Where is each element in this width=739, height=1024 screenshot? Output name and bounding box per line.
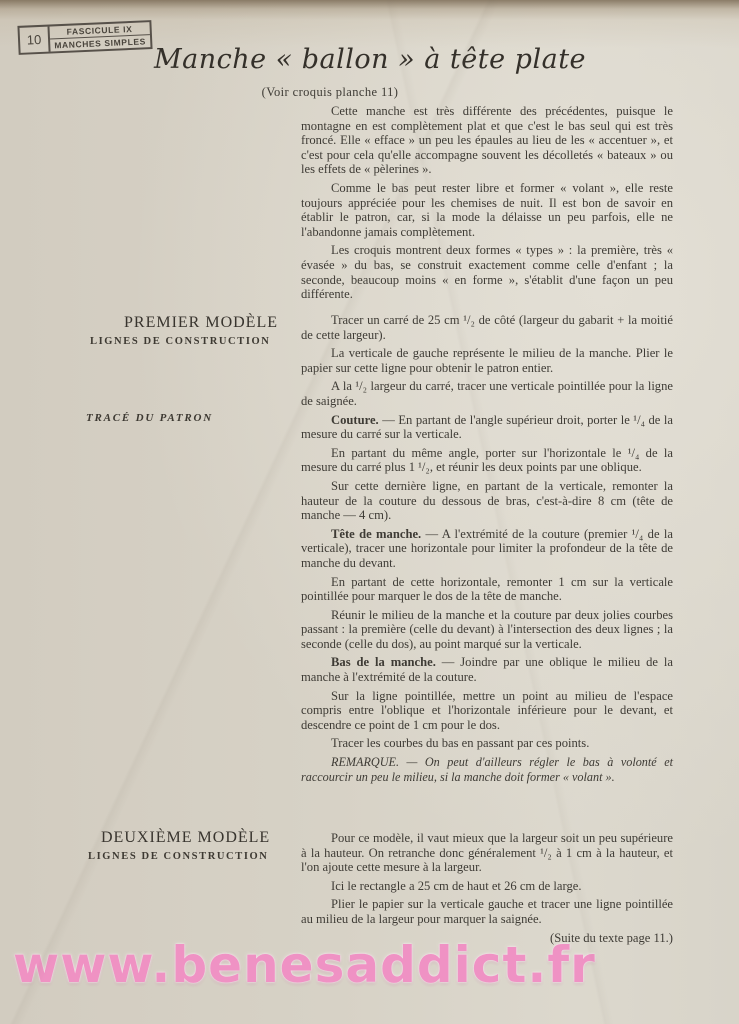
body-paragraph: Sur la ligne pointillée, mettre un point…	[301, 689, 673, 733]
body-paragraph: Tracer les courbes du bas en passant par…	[301, 736, 673, 751]
body-paragraph-couture: Couture. — En partant de l'angle supérie…	[301, 413, 673, 442]
body-paragraph: Tracer un carré de 25 cm ¹/₂ de côté (la…	[301, 313, 673, 342]
page-subtitle: (Voir croquis planche 11)	[150, 85, 510, 100]
body-paragraph: Réunir le milieu de la manche et la cout…	[301, 608, 673, 652]
side-heading-lignes-construction-2: LIGNES DE CONSTRUCTION	[88, 851, 268, 862]
bas-de-la-manche-lead: Bas de la manche.	[331, 655, 436, 669]
intro-paragraph: Comme le bas peut rester libre et former…	[301, 181, 673, 239]
side-heading-lignes-construction-1: LIGNES DE CONSTRUCTION	[90, 336, 270, 347]
premier-modele-text-column: Tracer un carré de 25 cm ¹/₂ de côté (la…	[301, 313, 673, 788]
scanned-document-page: 10 FASCICULE IX MANCHES SIMPLES Manche «…	[0, 0, 739, 1024]
body-paragraph: Sur cette dernière ligne, en partant de …	[301, 479, 673, 523]
body-paragraph-tete-de-manche: Tête de manche. — A l'extrémité de la co…	[301, 527, 673, 571]
body-paragraph: Ici le rectangle a 25 cm de haut et 26 c…	[301, 879, 673, 894]
intro-paragraph: Cette manche est très différente des pré…	[301, 104, 673, 177]
tete-de-manche-lead: Tête de manche.	[331, 527, 421, 541]
body-paragraph: En partant du même angle, porter sur l'h…	[301, 446, 673, 475]
body-paragraph: A la ¹/₂ largeur du carré, tracer une ve…	[301, 379, 673, 408]
page-title: Manche « ballon » à tête plate	[150, 44, 590, 75]
deuxieme-modele-text-column: Pour ce modèle, il vaut mieux que la lar…	[301, 831, 673, 949]
side-heading-trace-du-patron: TRACÉ DU PATRON	[86, 412, 213, 424]
page-number-stamp: 10 FASCICULE IX MANCHES SIMPLES	[17, 20, 152, 55]
intro-text-column: Cette manche est très différente des pré…	[301, 104, 673, 306]
side-heading-premier-modele: PREMIER MODÈLE	[124, 314, 278, 332]
body-paragraph: La verticale de gauche représente le mil…	[301, 346, 673, 375]
intro-paragraph: Les croquis montrent deux formes « types…	[301, 243, 673, 301]
site-watermark: www.benesaddict.fr	[13, 936, 596, 994]
body-paragraph-bas-de-la-manche: Bas de la manche. — Joindre par une obli…	[301, 655, 673, 684]
body-paragraph: En partant de cette horizontale, remonte…	[301, 575, 673, 604]
body-paragraph: Pour ce modèle, il vaut mieux que la lar…	[301, 831, 673, 875]
side-heading-deuxieme-modele: DEUXIÈME MODÈLE	[101, 829, 270, 847]
stamp-page-number: 10	[20, 27, 49, 53]
remark-paragraph: REMARQUE. — On peut d'ailleurs régler le…	[301, 755, 673, 784]
body-paragraph: Plier le papier sur la verticale gauche …	[301, 897, 673, 926]
couture-lead: Couture.	[331, 413, 379, 427]
stamp-labels: FASCICULE IX MANCHES SIMPLES	[47, 22, 150, 51]
